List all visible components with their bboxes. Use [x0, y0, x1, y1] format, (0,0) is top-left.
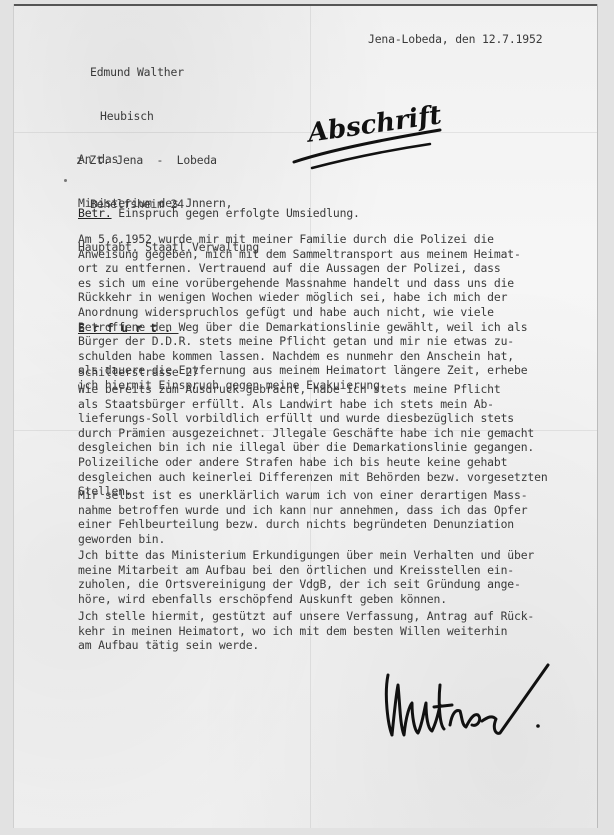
sender-line: Heubisch: [76, 109, 217, 124]
paragraph: Wie bereits zum Ausdruck gebracht, habe …: [78, 382, 548, 499]
paragraph-line: einer Fehlbeurteilung bezw. durch nichts…: [78, 517, 527, 532]
paragraph-line: ort zu entfernen. Vertrauend auf die Aus…: [78, 261, 527, 276]
subject-label: Betr.: [78, 206, 112, 220]
paragraph-line: Jch bitte das Ministerium Erkundigungen …: [78, 548, 534, 563]
paragraph-line: Rückkehr in wenigen Wochen wieder möglic…: [78, 290, 527, 305]
paragraph-line: nahme betroffen wurde und ich kann nur a…: [78, 503, 527, 518]
paragraph-line: Jch stelle hiermit, gestützt auf unsere …: [78, 609, 534, 624]
paragraph-line: Am 5.6.1952 wurde mir mit meiner Familie…: [78, 232, 527, 247]
paragraph-line: geworden bin.: [78, 532, 527, 547]
paragraph-line: meine Mitarbeit am Aufbau bei den örtlic…: [78, 563, 534, 578]
paragraph-line: desgleichen auch keinerlei Differenzen m…: [78, 470, 548, 485]
paragraph-line: Mir selbst ist es unerklärlich warum ich…: [78, 488, 527, 503]
paragraph-line: als dauere die Entfernung aus meinem Hei…: [78, 363, 527, 378]
paragraph-line: Betroffene den Weg über die Demarkations…: [78, 320, 527, 335]
paragraph-line: es sich um eine vorübergehende Massnahme…: [78, 276, 527, 291]
paragraph-line: durch Prämien ausgezeichnet. Jllegale Ge…: [78, 426, 548, 441]
paragraph-line: als Staatsbürger erfüllt. Als Landwirt h…: [78, 397, 548, 412]
paragraph: Am 5.6.1952 wurde mir mit meiner Familie…: [78, 232, 527, 393]
subject-line: Betr. Einspruch gegen erfolgte Umsiedlun…: [78, 206, 360, 221]
paragraph-line: Anordnung widerspruchlos gefügt und habe…: [78, 305, 527, 320]
paragraph-line: kehr in meinen Heimatort, wo ich mit dem…: [78, 624, 534, 639]
paragraph-line: höre, wird ebenfalls erschöpfend Auskunf…: [78, 592, 534, 607]
sender-name: Edmund Walther: [76, 65, 217, 80]
paragraph: Mir selbst ist es unerklärlich warum ich…: [78, 488, 527, 546]
paragraph: Jch stelle hiermit, gestützt auf unsere …: [78, 609, 534, 653]
paragraph-line: Polizeiliche oder andere Strafen habe ic…: [78, 455, 548, 470]
signature-text: Walther: [378, 655, 382, 656]
place-and-date: Jena-Lobeda, den 12.7.1952: [368, 32, 542, 47]
bullet-mark: [64, 179, 67, 182]
paragraph-line: schulden habe kommen lassen. Nachdem es …: [78, 349, 527, 364]
subject-text: Einspruch gegen erfolgte Umsiedlung.: [112, 206, 360, 220]
paragraph-line: zuholen, die Ortsvereinigung der VdgB, d…: [78, 577, 534, 592]
recipient-line: An das: [78, 152, 259, 167]
paragraph-line: am Aufbau tätig sein werde.: [78, 638, 534, 653]
abschrift-handwritten-mark: Abschrift: [290, 100, 450, 170]
handwritten-signature: Walther: [378, 655, 553, 745]
paragraph-line: lieferungs-Soll vorbildlich erfüllt und …: [78, 411, 548, 426]
paragraph-line: Bürger der D.D.R. stets meine Pflicht ge…: [78, 334, 527, 349]
paragraph: Jch bitte das Ministerium Erkundigungen …: [78, 548, 534, 606]
paragraph-line: Wie bereits zum Ausdruck gebracht, habe …: [78, 382, 548, 397]
paragraph-line: desgleichen bin ich nie illegal über die…: [78, 440, 548, 455]
paragraph-line: Anweisung gegeben, mich mit dem Sammeltr…: [78, 247, 527, 262]
